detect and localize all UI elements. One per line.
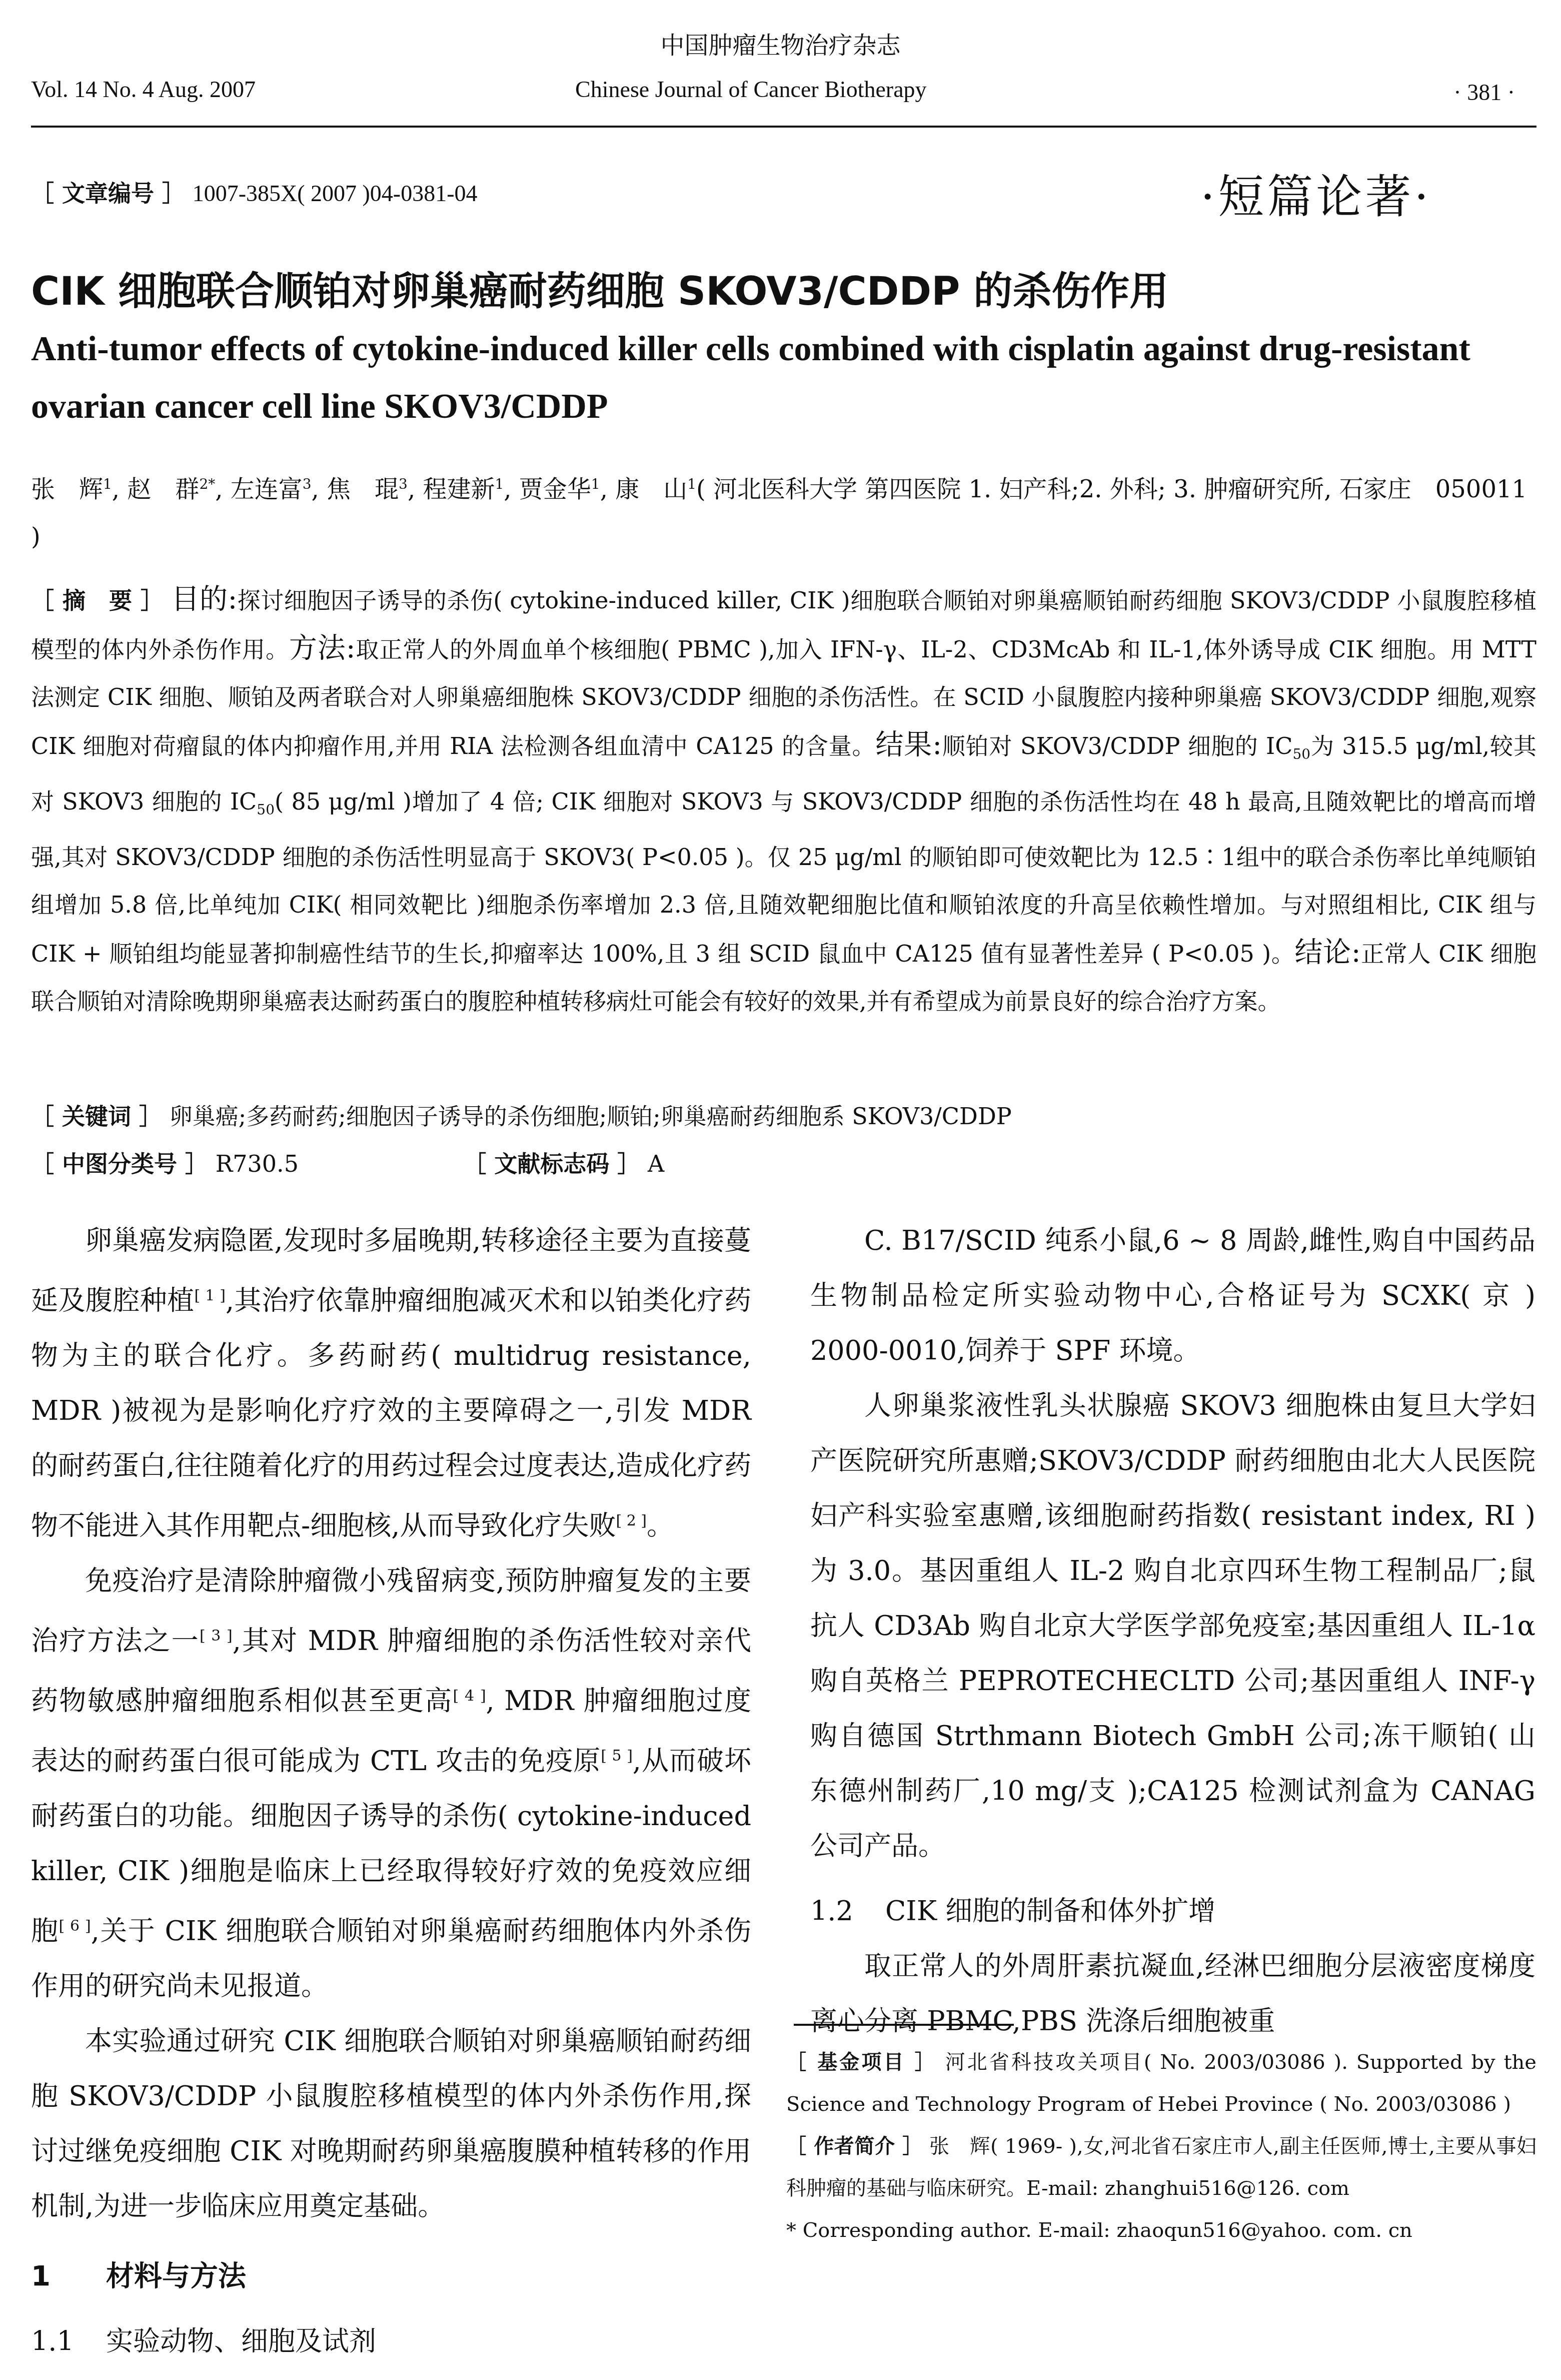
paragraph: 人卵巢浆液性乳头状腺癌 SKOV3 细胞株由复旦大学妇产医院研究所惠赠;SKOV… xyxy=(810,1378,1535,1874)
body-column-left: 卵巢癌发病隐匿,发现时多届晚期,转移途径主要为直接蔓延及腹腔种植[ 1 ],其治… xyxy=(31,1213,751,2369)
author: 康 山 xyxy=(615,475,687,503)
corresponding-author: * Corresponding author. E-mail: zhaoqun5… xyxy=(786,2209,1536,2251)
subsection-heading: 1.1实验动物、细胞及试剂 xyxy=(31,2314,751,2369)
objective-label: 目的: xyxy=(172,583,238,615)
citation[interactable]: [ 1 ] xyxy=(195,1287,226,1304)
author-affil-mark: 1 xyxy=(495,476,504,492)
header-rule xyxy=(31,126,1536,128)
clc-label: ［ 中图分类号 ］ xyxy=(31,1150,208,1177)
subscript: 50 xyxy=(257,802,275,818)
author-bio: ［ 作者简介 ］ 张 辉( 1969- ),女,河北省石家庄市人,副主任医师,博… xyxy=(786,2125,1536,2209)
classification: ［ 中图分类号 ］ R730.5 ［ 文献标志码 ］ A xyxy=(31,1146,1536,1179)
footnote-rule xyxy=(794,2024,1014,2026)
paragraph: 取正常人的外周肝素抗凝血,经淋巴细胞分层液密度梯度离心分离 PBMC,PBS 洗… xyxy=(810,1939,1535,2049)
journal-title-en: Chinese Journal of Cancer Biotherapy xyxy=(575,76,927,103)
citation[interactable]: [ 2 ] xyxy=(616,1512,647,1529)
paragraph: 卵巢癌发病隐匿,发现时多届晚期,转移途径主要为直接蔓延及腹腔种植[ 1 ],其治… xyxy=(31,1213,751,1553)
author-affil-mark: 1 xyxy=(687,476,696,492)
subscript: 50 xyxy=(1292,746,1310,762)
keywords-label: ［ 关键词 ］ xyxy=(31,1103,162,1130)
article-number-value: 1007-385X( 2007 )04-0381-04 xyxy=(193,181,478,206)
paragraph: 免疫治疗是清除肿瘤微小残留病变,预防肿瘤复发的主要治疗方法之一[ 3 ],其对 … xyxy=(31,1553,751,2014)
citation[interactable]: [ 3 ] xyxy=(200,1627,233,1645)
citation[interactable]: [ 6 ] xyxy=(59,1917,91,1935)
author-affil-mark: 1 xyxy=(103,476,112,492)
author-affil-mark: 3 xyxy=(399,476,408,492)
keywords-value: 卵巢癌;多药耐药;细胞因子诱导的杀伤细胞;顺铂;卵巢癌耐药细胞系 SKOV3/C… xyxy=(170,1103,1012,1130)
volume-info: Vol. 14 No. 4 Aug. 2007 xyxy=(31,76,256,103)
author-affil-mark: 3 xyxy=(303,476,312,492)
author-affil-mark: 2* xyxy=(199,476,215,492)
author: 左连富 xyxy=(231,475,303,503)
footnotes: ［ 基金项目 ］ 河北省科技攻关项目( No. 2003/03086 ). Su… xyxy=(786,2041,1536,2251)
article-number: ［ 文章编号 ］ 1007-385X( 2007 )04-0381-04 xyxy=(31,175,477,208)
methods-label: 方法: xyxy=(289,632,356,664)
journal-title-cn: 中国肿瘤生物治疗杂志 xyxy=(0,26,1561,61)
clc-value: R730.5 xyxy=(216,1150,299,1177)
results-text: 顺铂对 SKOV3/CDDP 细胞的 IC xyxy=(942,732,1292,759)
abstract-label: ［ 摘 要 ］ xyxy=(31,587,164,614)
results-label: 结果: xyxy=(875,728,942,761)
authors-block: 张 辉1, 赵 群2*, 左连富3, 焦 琨3, 程建新1, 贾金华1, 康 山… xyxy=(31,460,1536,561)
abstract: ［ 摘 要 ］ 目的:探讨细胞因子诱导的杀伤( cytokine-induced… xyxy=(31,575,1536,1025)
author: 焦 琨 xyxy=(327,475,399,503)
author-affil-mark: 1 xyxy=(591,476,600,492)
subsection-heading: 1.2CIK 细胞的制备和体外扩增 xyxy=(810,1884,1535,1939)
doc-code-value: A xyxy=(648,1150,664,1177)
funding-note: ［ 基金项目 ］ 河北省科技攻关项目( No. 2003/03086 ). Su… xyxy=(786,2041,1536,2125)
citation[interactable]: [ 4 ] xyxy=(453,1687,486,1705)
body-column-right: C. B17/SCID 纯系小鼠,6 ~ 8 周龄,雌性,购自中国药品生物制品检… xyxy=(810,1213,1535,2049)
author: 贾金华 xyxy=(519,475,591,503)
keywords: ［ 关键词 ］ 卵巢癌;多药耐药;细胞因子诱导的杀伤细胞;顺铂;卵巢癌耐药细胞系… xyxy=(31,1098,1536,1131)
column-tag: ·短篇论著· xyxy=(1200,160,1432,226)
conclusion-label: 结论: xyxy=(1294,936,1360,969)
author: 张 辉 xyxy=(31,475,103,503)
section-heading: 1材料与方法 xyxy=(31,2249,751,2304)
article-number-label: ［ 文章编号 ］ xyxy=(31,180,185,207)
author: 赵 群 xyxy=(127,475,199,503)
author: 程建新 xyxy=(423,475,495,503)
doc-code-label: ［ 文献标志码 ］ xyxy=(463,1150,640,1177)
paragraph: C. B17/SCID 纯系小鼠,6 ~ 8 周龄,雌性,购自中国药品生物制品检… xyxy=(810,1213,1535,1378)
title-en: Anti-tumor effects of cytokine-induced k… xyxy=(31,320,1536,435)
title-cn: CIK 细胞联合顺铂对卵巢癌耐药细胞 SKOV3/CDDP 的杀伤作用 xyxy=(31,260,1169,316)
paragraph: 本实验通过研究 CIK 细胞联合顺铂对卵巢癌顺铂耐药细胞 SKOV3/CDDP … xyxy=(31,2014,751,2234)
page-number: · 381 · xyxy=(1453,79,1515,106)
citation[interactable]: [ 5 ] xyxy=(601,1747,633,1765)
